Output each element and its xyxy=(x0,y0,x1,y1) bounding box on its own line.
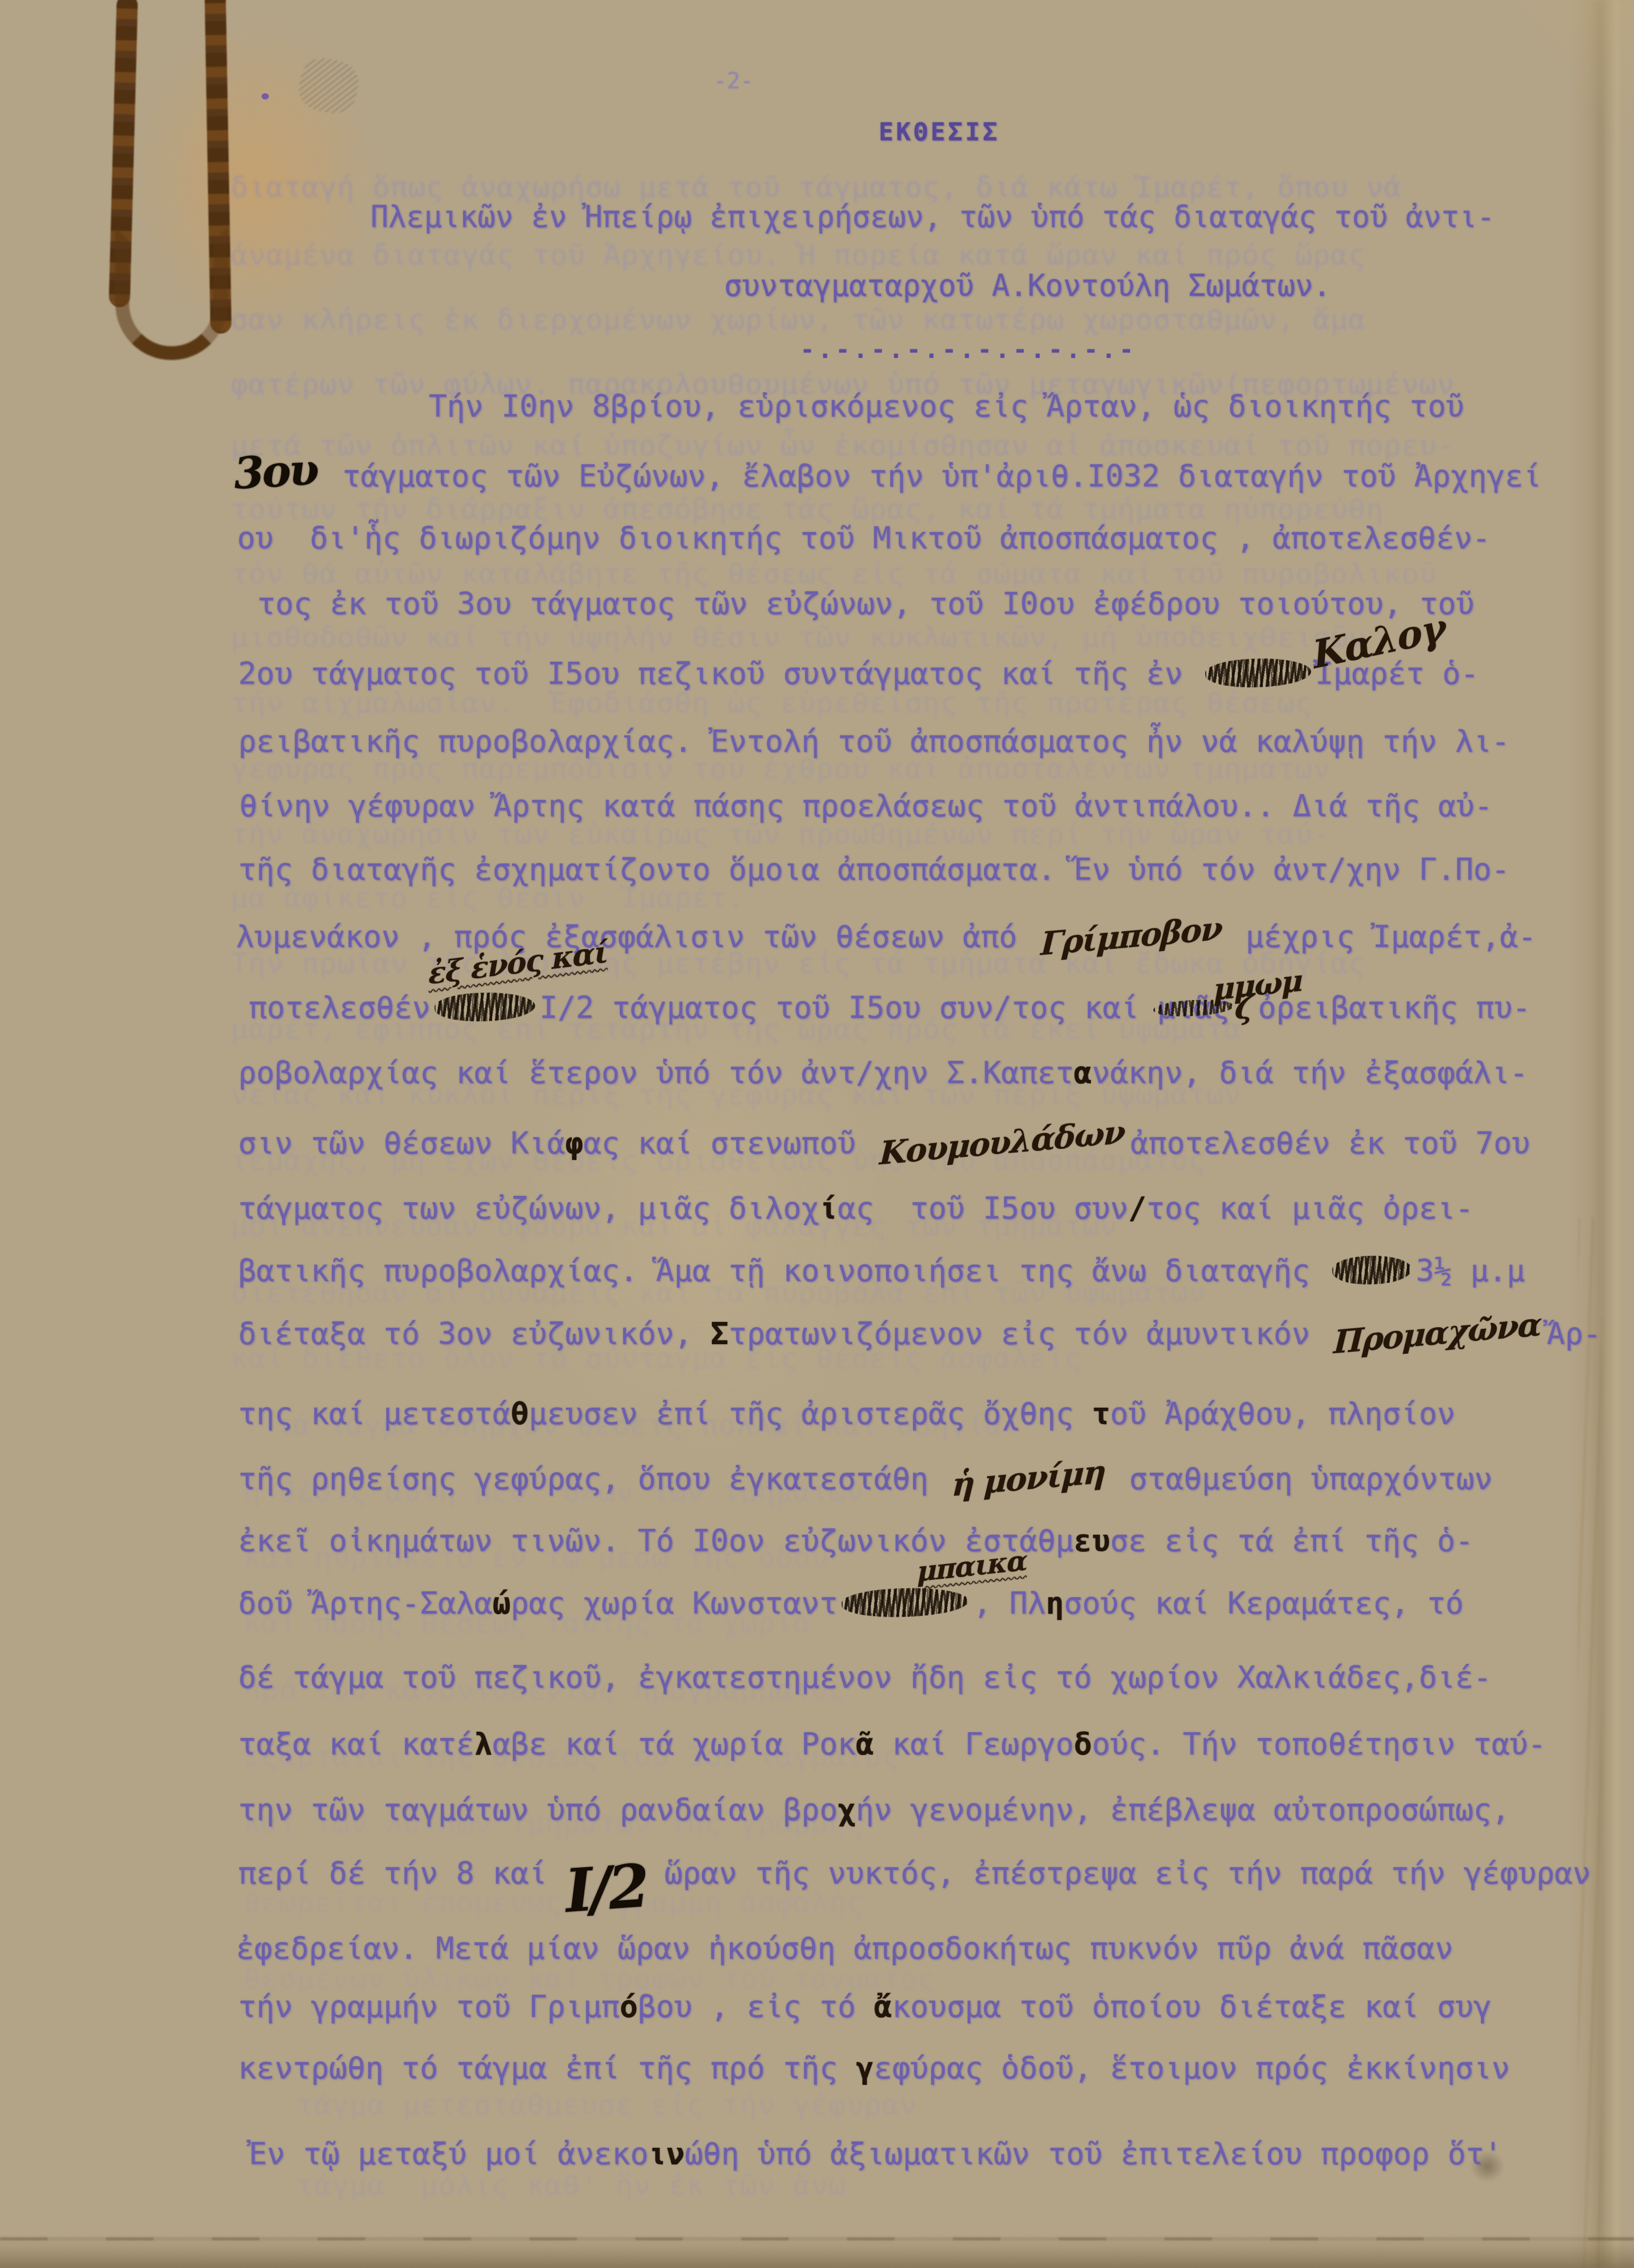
ink-corrected-letter: φ xyxy=(565,1126,583,1161)
text-line: ποτελεσθένΙ/2 τάγματος τοῦ Ι5ου συν/τος … xyxy=(249,990,1531,1029)
typewritten-text: τῆς διαταγῆς ἐσχηματίζοντο ὅμοια ἀποσπάσ… xyxy=(238,852,1510,887)
text-line: ἐκεῖ οἰκημάτων τινῶν. Τό Ι0ον εὐζωνικόν … xyxy=(238,1524,1474,1563)
ink-corrected-letter: ώ xyxy=(492,1586,510,1621)
handwritten-word: ἡ μονίμη xyxy=(951,1454,1106,1503)
ink-corrected-letter: χ xyxy=(837,1793,855,1828)
bleedthrough-line: τόν θά αὐτῶν καταλάβητε τῆς θέσεως εἰς τ… xyxy=(231,557,1437,590)
typewritten-text: δέ τάγμα τοῦ πεζικοῦ, ἐγκατεστημένον ἤδη… xyxy=(238,1660,1492,1695)
bleedthrough-line: τάγμα μετεστάθμευσε εἰς τήν γέφυραν xyxy=(296,2088,917,2121)
typewritten-text: της καί μετεστά xyxy=(238,1397,511,1432)
typewritten-text: θίνην γέφυραν Ἄρτης κατά πάσης προελάσεω… xyxy=(239,789,1493,824)
typewritten-text: καί Γεωργο xyxy=(874,1727,1074,1762)
typewritten-text: νάκην, διά τήν ἐξασφάλι- xyxy=(1092,1056,1528,1091)
typewritten-text: την τῶν ταγμάτων ὑπό ρανδαίαν βρο xyxy=(238,1793,837,1828)
page-edge-crease xyxy=(1578,1218,1602,2268)
text-line: περί δέ τήν 8 καί Ι/2 ὥραν τῆς νυκτός, ἐ… xyxy=(238,1856,1591,1895)
page-bottom-edge xyxy=(0,2233,1634,2268)
typewritten-text: λυμενάκον , πρός ἐξασφάλισιν τῶν θέσεων … xyxy=(236,920,1035,955)
typewritten-text: τος ἐκ τοῦ 3ου τάγματος τῶν εὐζώνων, τοῦ… xyxy=(257,587,1474,622)
typewritten-text: 2ου τάγματος τοῦ Ι5ου πεζικοῦ συντάγματο… xyxy=(238,656,1201,691)
typewritten-text: περί δέ τήν 8 καί xyxy=(238,1856,565,1891)
text-line: ροβολαρχίας καί ἕτερον ὑπό τόν ἀντ/χην Σ… xyxy=(238,1056,1528,1095)
ink-corrected-letter: ί xyxy=(819,1191,837,1226)
typewritten-text: τήν γραμμήν τοῦ Γριμπ xyxy=(238,1990,620,2024)
typewritten-text: εφύρας ὁδοῦ, ἕτοιμον πρός ἐκκίνησιν xyxy=(874,2051,1510,2086)
typewritten-text: τῆς ρηθείσης γεφύρας, ὅπου ἐγκατεστάθη xyxy=(238,1462,946,1497)
bleedthrough-line: σαν κλήρεις ἐκ διερχομένων χωρίων, τῶν κ… xyxy=(231,303,1366,336)
text-line: της καί μετεστάθμευσεν ἐπί τῆς ἀριστερᾶς… xyxy=(238,1397,1455,1436)
typewritten-text: ἀποτελεσθέν ἐκ τοῦ 7ου xyxy=(1131,1126,1530,1161)
typewritten-text: Ἄρ- xyxy=(1547,1317,1601,1352)
subtitle-line-1: Πλεμικῶν ἐν Ἠπείρῳ ἐπιχειρήσεων, τῶν ὑπό… xyxy=(371,200,1495,235)
typewritten-text: τρατωνιζόμενον εἰς τόν ἀμυντικόν xyxy=(729,1317,1328,1352)
text-line: ρειβατικῆς πυροβολαρχίας. Ἐντολή τοῦ ἀπο… xyxy=(238,724,1510,763)
subtitle-line-2: συνταγματαρχοῦ Α.Κοντούλη Σωμάτων. xyxy=(724,269,1331,303)
ink-scribble xyxy=(1332,1254,1412,1285)
ink-corrected-letter: τ xyxy=(1092,1397,1110,1432)
typewritten-text: σταθμεύση ὑπαρχόντων xyxy=(1111,1462,1493,1497)
typewritten-text: κουσμα τοῦ ὁποίου διέταξε καί συγ xyxy=(892,1990,1491,2024)
text-line: 3ου τάγματος τῶν Εὐζώνων, ἔλαβον τήν ὑπ'… xyxy=(234,454,1541,493)
text-line: τῆς ρηθείσης γεφύρας, ὅπου ἐγκατεστάθη ἡ… xyxy=(238,1461,1493,1500)
document-title: ΕΚΘΕΣΙΣ xyxy=(879,118,1000,146)
text-line: Τήν Ι0ην 8βρίου, εὑρισκόμενος εἰς Ἄρταν,… xyxy=(429,389,1464,428)
paperclip-rust-mark xyxy=(115,228,228,360)
bleedthrough-line: διαταγή ὅπως ἀναχωρήσω μετά τοῦ τάγματος… xyxy=(231,170,1402,204)
text-line: τάγματος των εὐζώνων, μιᾶς διλοχίας τοῦ … xyxy=(238,1191,1474,1230)
bleedthrough-line: ἀναμένα διαταγάς τοῦ Ἀρχηγείου. Ἡ πορεία… xyxy=(231,238,1366,272)
text-line: κεντρώθη τό τάγμα ἐπί τῆς πρό τῆς γεφύρα… xyxy=(238,2051,1510,2090)
ink-corrected-letter: α xyxy=(1074,1056,1092,1091)
ink-corrected-letter: ᾶ xyxy=(856,1727,874,1762)
handwritten-fraction: Ι/2 xyxy=(565,1886,646,1892)
ink-corrected-letter: ἄ xyxy=(874,1990,892,2024)
text-line: δοῦ Ἄρτης-Σαλαώρας χωρία Κωνσταντ, Πλησο… xyxy=(238,1586,1464,1625)
typewritten-text: ροβολαρχίας καί ἕτερον ὑπό τόν ἀντ/χην Σ… xyxy=(238,1056,1074,1091)
typewritten-text: οῦ Ἀράχθου, πλησίον xyxy=(1110,1397,1455,1432)
ink-corrected-letter: η xyxy=(1046,1586,1064,1621)
ink-scribble xyxy=(434,991,536,1023)
ink-corrected-letter: / xyxy=(1129,1191,1146,1226)
typewritten-text: τος καί μιᾶς ὀρει- xyxy=(1146,1191,1474,1226)
text-line: τος ἐκ τοῦ 3ου τάγματος τῶν εὐζώνων, τοῦ… xyxy=(257,587,1474,626)
ink-speck xyxy=(261,93,269,100)
typewritten-text: σούς καί Κεραμάτες, τό xyxy=(1064,1586,1464,1621)
typewritten-text: , Πλ xyxy=(973,1586,1045,1621)
typewritten-text: τάγματος τῶν Εὐζώνων, ἔλαβον τήν ὑπ'ἀριθ… xyxy=(324,459,1541,494)
typewritten-text: σε εἰς τά ἐπί τῆς ὁ- xyxy=(1110,1524,1473,1559)
typewritten-text: ἐφεδρείαν. Μετά μίαν ὥραν ἠκούσθη ἀπροσδ… xyxy=(236,1931,1453,1966)
text-line: σιν τῶν θέσεων Κιάφας καί στενωποῦ Κουμο… xyxy=(238,1126,1530,1165)
ink-corrected-letter: δ xyxy=(1074,1727,1092,1762)
typewritten-text: σιν τῶν θέσεων Κιά xyxy=(238,1126,565,1161)
typewritten-text: ας τοῦ Ι5ου συν xyxy=(837,1191,1128,1226)
text-line: δέ τάγμα τοῦ πεζικοῦ, ἐγκατεστημένον ἤδη… xyxy=(238,1660,1492,1699)
text-line: λυμενάκον , πρός ἐξασφάλισιν τῶν θέσεων … xyxy=(236,919,1536,958)
text-line: τήν γραμμήν τοῦ Γριμπόβου , εἰς τό ἄκουσ… xyxy=(238,1990,1492,2029)
typewritten-text: ώθη ὑπό ἀξιωματικῶν τοῦ ἐπιτελείου προφο… xyxy=(685,2137,1502,2172)
typewritten-text: αβε καί τά χωρία Ροκ xyxy=(492,1727,855,1762)
typewritten-text: ρας χωρία Κωνσταντ xyxy=(511,1586,838,1621)
typewritten-text: τάγματος των εὐζώνων, μιᾶς διλοχ xyxy=(238,1191,819,1226)
text-line: την τῶν ταγμάτων ὑπό ρανδαίαν βροχήν γεν… xyxy=(238,1793,1510,1832)
typewritten-text: βου , εἰς τό xyxy=(638,1990,874,2024)
typewritten-text: ρειβατικῆς πυροβολαρχίας. Ἐντολή τοῦ ἀπο… xyxy=(238,724,1510,759)
text-line: 2ου τάγματος τοῦ Ι5ου πεζικοῦ συντάγματο… xyxy=(238,656,1479,696)
page-number: -2- xyxy=(714,68,754,94)
ink-scribble xyxy=(1205,657,1312,689)
text-line: βατικῆς πυροβολαρχίας. Ἅμα τῇ κοινοποιήσ… xyxy=(238,1254,1525,1293)
typewritten-text: μέχρις Ἰμαρέτ,ἀ- xyxy=(1227,920,1536,955)
ink-corrected-letter: Σ xyxy=(710,1317,728,1352)
text-line: θίνην γέφυραν Ἄρτης κατά πάσης προελάσεω… xyxy=(239,789,1493,828)
typewritten-text: ας καί στενωποῦ xyxy=(583,1126,874,1161)
ink-corrected-letter: ιν xyxy=(648,2137,685,2172)
typewritten-text: ήν γενομένην, ἐπέβλεψα αὐτοπροσώπως, xyxy=(856,1793,1510,1828)
typewritten-text: ὥραν τῆς νυκτός, ἐπέστρεψα εἰς τήν παρά … xyxy=(646,1856,1591,1891)
ink-corrected-letter: θ xyxy=(511,1397,529,1432)
typewritten-text: ταξα καί κατέ xyxy=(238,1727,474,1762)
ink-corrected-letter: λ xyxy=(474,1727,492,1762)
typewritten-text: κεντρώθη τό τάγμα ἐπί τῆς πρό τῆς xyxy=(238,2051,856,2086)
text-line: ου δι'ἧς διωριζόμην διοικητής τοῦ Μικτοῦ… xyxy=(237,521,1491,560)
typewritten-text: διέταξα τό 3ον εὐζωνικόν, xyxy=(238,1317,710,1352)
ink-corrected-letter: γ xyxy=(856,2051,874,2086)
typewritten-text: βατικῆς πυροβολαρχίας. Ἅμα τῇ κοινοποιήσ… xyxy=(238,1254,1328,1289)
typewritten-text: ποτελεσθέν xyxy=(249,991,430,1025)
ink-scribble xyxy=(842,1586,970,1619)
text-line: διέταξα τό 3ον εὐζωνικόν, Στρατωνιζόμενο… xyxy=(238,1316,1601,1355)
corner-fold-shadow xyxy=(1518,0,1634,159)
typewritten-text: ου δι'ἧς διωριζόμην διοικητής τοῦ Μικτοῦ… xyxy=(237,521,1491,556)
text-line: τῆς διαταγῆς ἐσχηματίζοντο ὅμοια ἀποσπάσ… xyxy=(238,852,1510,892)
handwritten-word: Προμαχῶνα xyxy=(1333,1307,1542,1361)
scanned-document-page: -2- ΕΚΘΕΣΙΣ Πλεμικῶν ἐν Ἠπείρῳ ἐπιχειρήσ… xyxy=(0,0,1634,2268)
separator-rule: -.-.-.-.-.-.-.-.-.- xyxy=(800,337,1137,364)
handwritten-word: Γρίμποβον xyxy=(1040,911,1223,962)
text-line: Ἐν τῷ μεταξύ μοί ἀνεκοινώθη ὑπό ἀξιωματι… xyxy=(249,2137,1502,2176)
handwritten-numeral: 3ου xyxy=(233,452,318,491)
typewritten-text: Ι/2 τάγματος τοῦ Ι5ου συν/τος καί xyxy=(539,991,1157,1025)
typewritten-text: 3½ μ.μ xyxy=(1416,1254,1525,1289)
ink-corrected-letter: ό xyxy=(620,1990,638,2024)
ink-corrected-letter: ευ xyxy=(1074,1524,1111,1559)
typewritten-text: Τήν Ι0ην 8βρίου, εὑρισκόμενος εἰς Ἄρταν,… xyxy=(429,389,1464,424)
handwritten-word: Κουμουλάδων xyxy=(879,1114,1125,1171)
typewritten-text: μευσεν ἐπί τῆς ἀριστερᾶς ὄχθης xyxy=(529,1397,1092,1432)
text-line: ταξα καί κατέλαβε καί τά χωρία Ροκᾶ καί … xyxy=(238,1727,1546,1766)
typewritten-text: δοῦ Ἄρτης-Σαλα xyxy=(238,1586,492,1621)
typewritten-text: Ἐν τῷ μεταξύ μοί ἀνεκο xyxy=(249,2137,648,2172)
typewritten-text: ούς. Τήν τοποθέτησιν ταύ- xyxy=(1092,1727,1546,1762)
text-line: ἐφεδρείαν. Μετά μίαν ὥραν ἠκούσθη ἀπροσδ… xyxy=(236,1931,1453,1970)
